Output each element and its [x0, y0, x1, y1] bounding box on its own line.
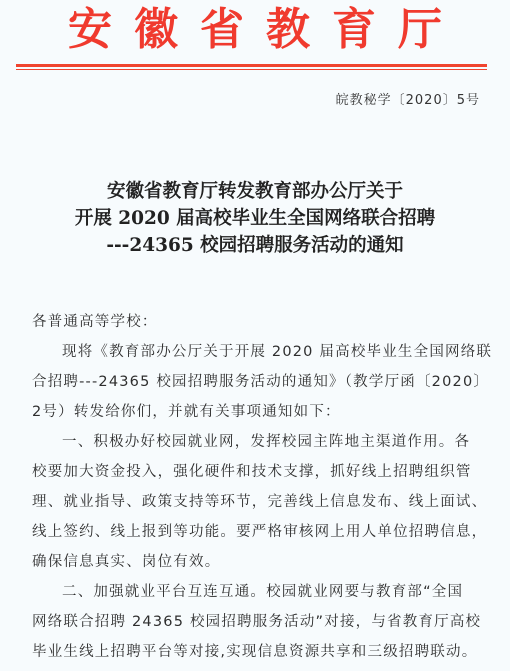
document-body: 各普通高等学校： 现将《教育部办公厅关于开展 2020 届高校毕业生全国网络联 …	[32, 307, 472, 667]
body-line: 毕业生线上招聘平台等对接,实现信息资源共享和三级招聘联动。	[32, 637, 472, 667]
body-line: 现将《教育部办公厅关于开展 2020 届高校毕业生全国网络联	[32, 337, 472, 367]
masthead-rule-thin	[16, 69, 487, 70]
body-line: 校要加大资金投入，强化硬件和技术支撑，抓好线上招聘组织管	[32, 457, 472, 487]
document-number: 皖教秘学〔2020〕5号	[336, 89, 480, 108]
body-line: 确保信息真实、岗位有效。	[32, 547, 472, 577]
title-line-1: 安徽省教育厅转发教育部办公厅关于	[0, 178, 510, 205]
body-line: 一、积极办好校园就业网，发挥校园主阵地主渠道作用。各	[32, 427, 472, 457]
document-title: 安徽省教育厅转发教育部办公厅关于 开展 2020 届高校毕业生全国网络联合招聘 …	[0, 178, 510, 259]
masthead-title: 安徽省教育厅	[0, 4, 510, 56]
body-line: 合招聘---24365 校园招聘服务活动的通知》（教学厅函〔2020〕	[32, 367, 472, 397]
body-line: 线上签约、线上报到等功能。要严格审核网上用人单位招聘信息，	[32, 517, 472, 547]
body-line: 网络联合招聘 24365 校园招聘服务活动”对接，与省教育厅高校	[32, 607, 472, 637]
body-line: 2号）转发给你们，并就有关事项通知如下：	[32, 397, 472, 427]
document-page: 安徽省教育厅 皖教秘学〔2020〕5号 安徽省教育厅转发教育部办公厅关于 开展 …	[0, 0, 510, 671]
body-line: 二、加强就业平台互连互通。校园就业网要与教育部“全国	[32, 577, 472, 607]
title-line-3: ---24365 校园招聘服务活动的通知	[0, 232, 510, 259]
masthead-rule-thick	[16, 64, 487, 67]
title-line-2: 开展 2020 届高校毕业生全国网络联合招聘	[0, 205, 510, 232]
body-line: 理、就业指导、政策支持等环节，完善线上信息发布、线上面试、	[32, 487, 472, 517]
salutation: 各普通高等学校：	[32, 307, 472, 337]
